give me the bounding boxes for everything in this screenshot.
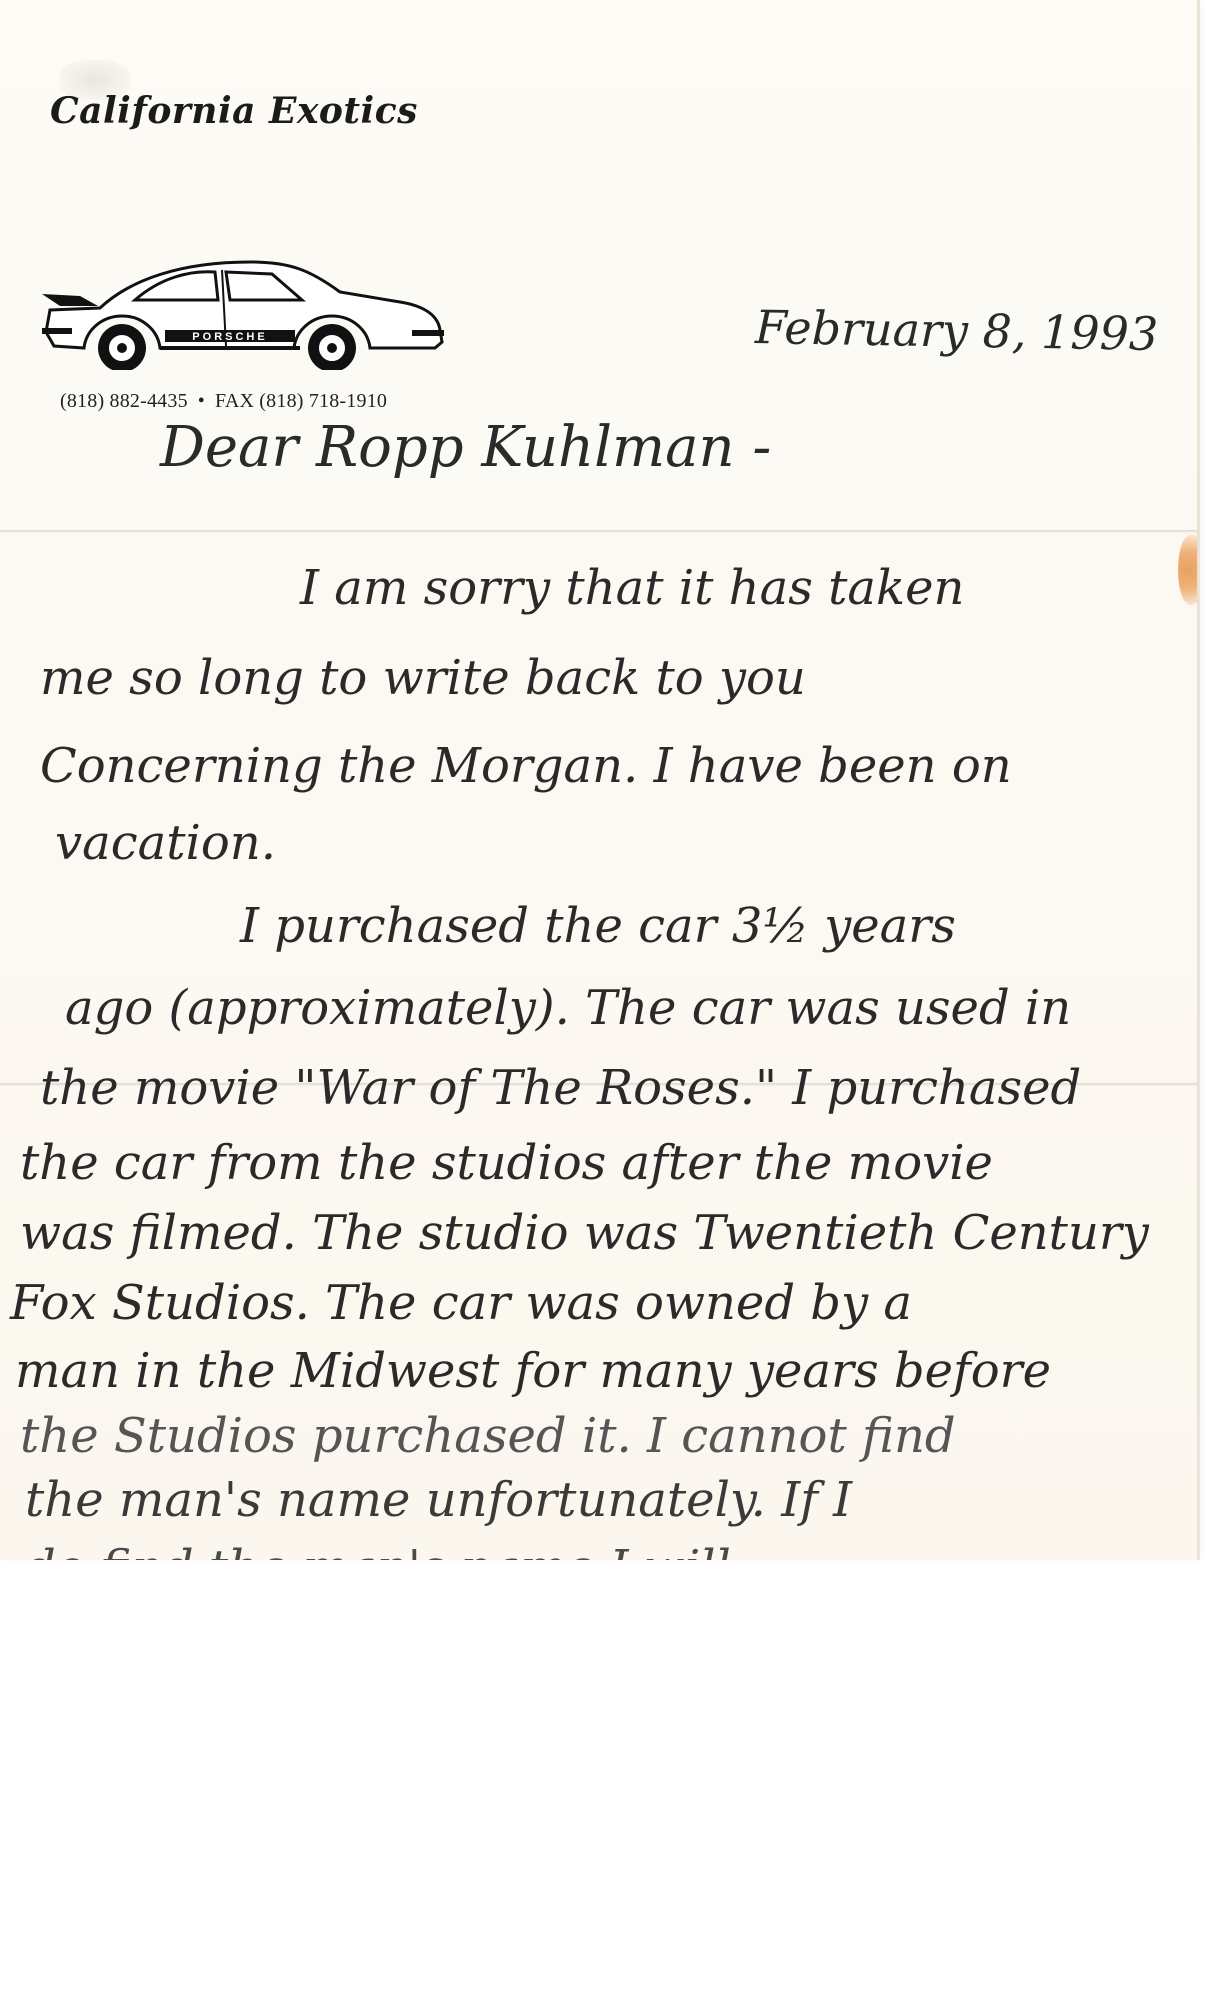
body-line: ago (approximately). The car was used in	[65, 980, 1071, 1036]
company-name: California Exotics	[50, 90, 418, 132]
body-line: vacation.	[55, 815, 276, 871]
body-line: Fox Studios. The car was owned by a	[10, 1275, 912, 1331]
fax-number: FAX (818) 718-1910	[215, 390, 387, 412]
body-line: the movie "War of The Roses." I purchase…	[40, 1060, 1081, 1116]
body-line: man in the Midwest for many years before	[15, 1343, 1051, 1399]
paper-stain	[1178, 535, 1198, 605]
body-line: was filmed. The studio was Twentieth Cen…	[20, 1205, 1149, 1261]
letter-date: February 8, 1993	[755, 300, 1159, 361]
porsche-car-icon: PORSCHE	[40, 250, 450, 370]
body-line: me so long to write back to you	[40, 650, 806, 706]
body-line: the Studios purchased it. I cannot find	[20, 1408, 956, 1464]
bullet-separator: •	[198, 390, 205, 412]
fold-line-upper	[0, 530, 1197, 533]
letter-paper: California Exotics PORSCHE	[0, 0, 1198, 1560]
salutation: Dear Ropp Kuhlman -	[160, 415, 771, 480]
body-line: I am sorry that it has taken	[300, 560, 964, 616]
body-line: the man's name unfortunately. If I	[25, 1472, 852, 1528]
body-line: Concerning the Morgan. I have been on	[40, 738, 1012, 794]
scanned-page: California Exotics PORSCHE	[0, 0, 1214, 2000]
contact-line: (818) 882-4435•FAX (818) 718-1910	[60, 390, 387, 413]
svg-text:PORSCHE: PORSCHE	[192, 331, 267, 343]
body-line: do find the man's name I will	[25, 1540, 731, 1560]
phone-number: (818) 882-4435	[60, 390, 188, 412]
body-line: the car from the studios after the movie	[20, 1135, 993, 1191]
body-line: I purchased the car 3½ years	[240, 898, 956, 954]
